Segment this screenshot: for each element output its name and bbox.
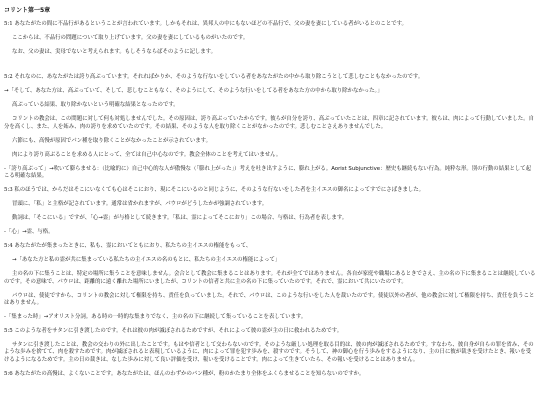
verse-number: 5:4: [4, 243, 13, 249]
commentary-paragraph: 六節にも、高慢が原因でパン種を取り除くことがなかったことが示されています。: [4, 138, 536, 145]
verse-text: このような者をサタンに引き渡したのです。それは彼の肉が滅ぼされるためですが、それ…: [13, 328, 342, 334]
verse-text: それなのに、あなたがたは誇り高ぶっています。それればかりか、そのような行ないをし…: [13, 74, 424, 80]
verse-text: あなたがたが集まったときに、私も、霊においてともにおり、私たちの主イエスの権能を…: [13, 243, 252, 249]
verse-text: あなたがたの高慢は、よくないことです。あなたがたは、ほんのわずかのパン種が、粉の…: [13, 371, 365, 377]
commentary-paragraph: なお、父の妻は、実母でないと考えられます。もしそうならばそのように記します。: [4, 49, 536, 56]
verse-text: 私のほうでは、からだはそこにいなくても心はそこにおり、現にそこにいるのと同じよう…: [13, 187, 424, 193]
word-study-note: -「集まった時」→アオリスト分詞。ある時の一時的な集まりでなく、主の名の下に継続…: [4, 314, 536, 321]
verse-number: 5:1: [4, 21, 13, 27]
commentary-paragraph: 冒頭に、「私」と主格が記されています。通常は省かれますが、パウロがどうしたかが強…: [4, 201, 536, 208]
translation-note: →「そして、あなた方は、高ぶっていて、そして、悲しむこともなく、そのようにして、…: [4, 88, 536, 95]
verse-5-4: 5:4 あなたがたが集まったときに、私も、霊においてともにおり、私たちの主イエス…: [4, 243, 536, 250]
commentary-paragraph: 高ぶっている結果、取り除かないという明確な結果となったのです。: [4, 102, 536, 109]
document-page: コリント第一5章 5:1 あなたがたの間に不品行があるということが言われています…: [0, 0, 540, 378]
word-study-note: -「心」→霊、与格。: [4, 229, 536, 236]
verse-5-6: 5:6 あなたがたの高慢は、よくないことです。あなたがたは、ほんのわずかのパン種…: [4, 371, 536, 378]
verse-text: あなたがたの間に不品行があるということが言われています。しかもそれは、異邦人の中…: [13, 21, 407, 27]
verse-number: 5:5: [4, 328, 13, 334]
verse-number: 5:6: [4, 371, 13, 377]
translation-note: →「あなた方と私の霊が共に集まっている私たちの主イエスの名のもとに、私たちの主イ…: [4, 257, 536, 264]
page-title: コリント第一5章: [4, 7, 536, 15]
verse-5-5: 5:5 このような者をサタンに引き渡したのです。それは彼の肉が滅ぼされるためです…: [4, 328, 536, 335]
commentary-paragraph: ここからは、不品行の問題について取り上げています。父の妻を妻にしているものがいた…: [4, 35, 536, 42]
commentary-paragraph: 動詞は、「そこにいる」ですが、「心→霊」が与格として続きます。「私は、霊によって…: [4, 215, 536, 222]
commentary-paragraph: 肉により誇り高ぶることを求める人にとって、全ては自己中心なのです。教会全体のこと…: [4, 152, 536, 159]
verse-5-3: 5:3 私のほうでは、からだはそこにいなくても心はそこにおり、現にそこにいるのと…: [4, 187, 536, 194]
verse-number: 5:3: [4, 187, 13, 193]
commentary-paragraph: コリントの教会は、この問題に対して何も対処しませんでした。その原因は、誇り高ぶっ…: [4, 116, 536, 131]
commentary-paragraph: パウロは、使徒ですから、コリントの教会に対して権限を持ち、責任を負っていました。…: [4, 293, 536, 308]
verse-5-2: 5:2 それなのに、あなたがたは誇り高ぶっています。それればかりか、そのような行…: [4, 74, 536, 81]
commentary-paragraph: 主の名の下に集うことは、特定の場所に集うことを意味しません。会合として教会に集ま…: [4, 271, 536, 286]
word-study-note: -「誇り高ぶって」→吹いて膨らませる：（比喩的に）自己中心的な人が傲慢な（「膨れ…: [4, 166, 536, 181]
commentary-paragraph: サタンに引き渡したことは、教会の交わりの外に出したことです。もはや信者として交わ…: [4, 342, 536, 364]
verse-number: 5:2: [4, 74, 13, 80]
verse-5-1: 5:1 あなたがたの間に不品行があるということが言われています。しかもそれは、異…: [4, 21, 536, 28]
